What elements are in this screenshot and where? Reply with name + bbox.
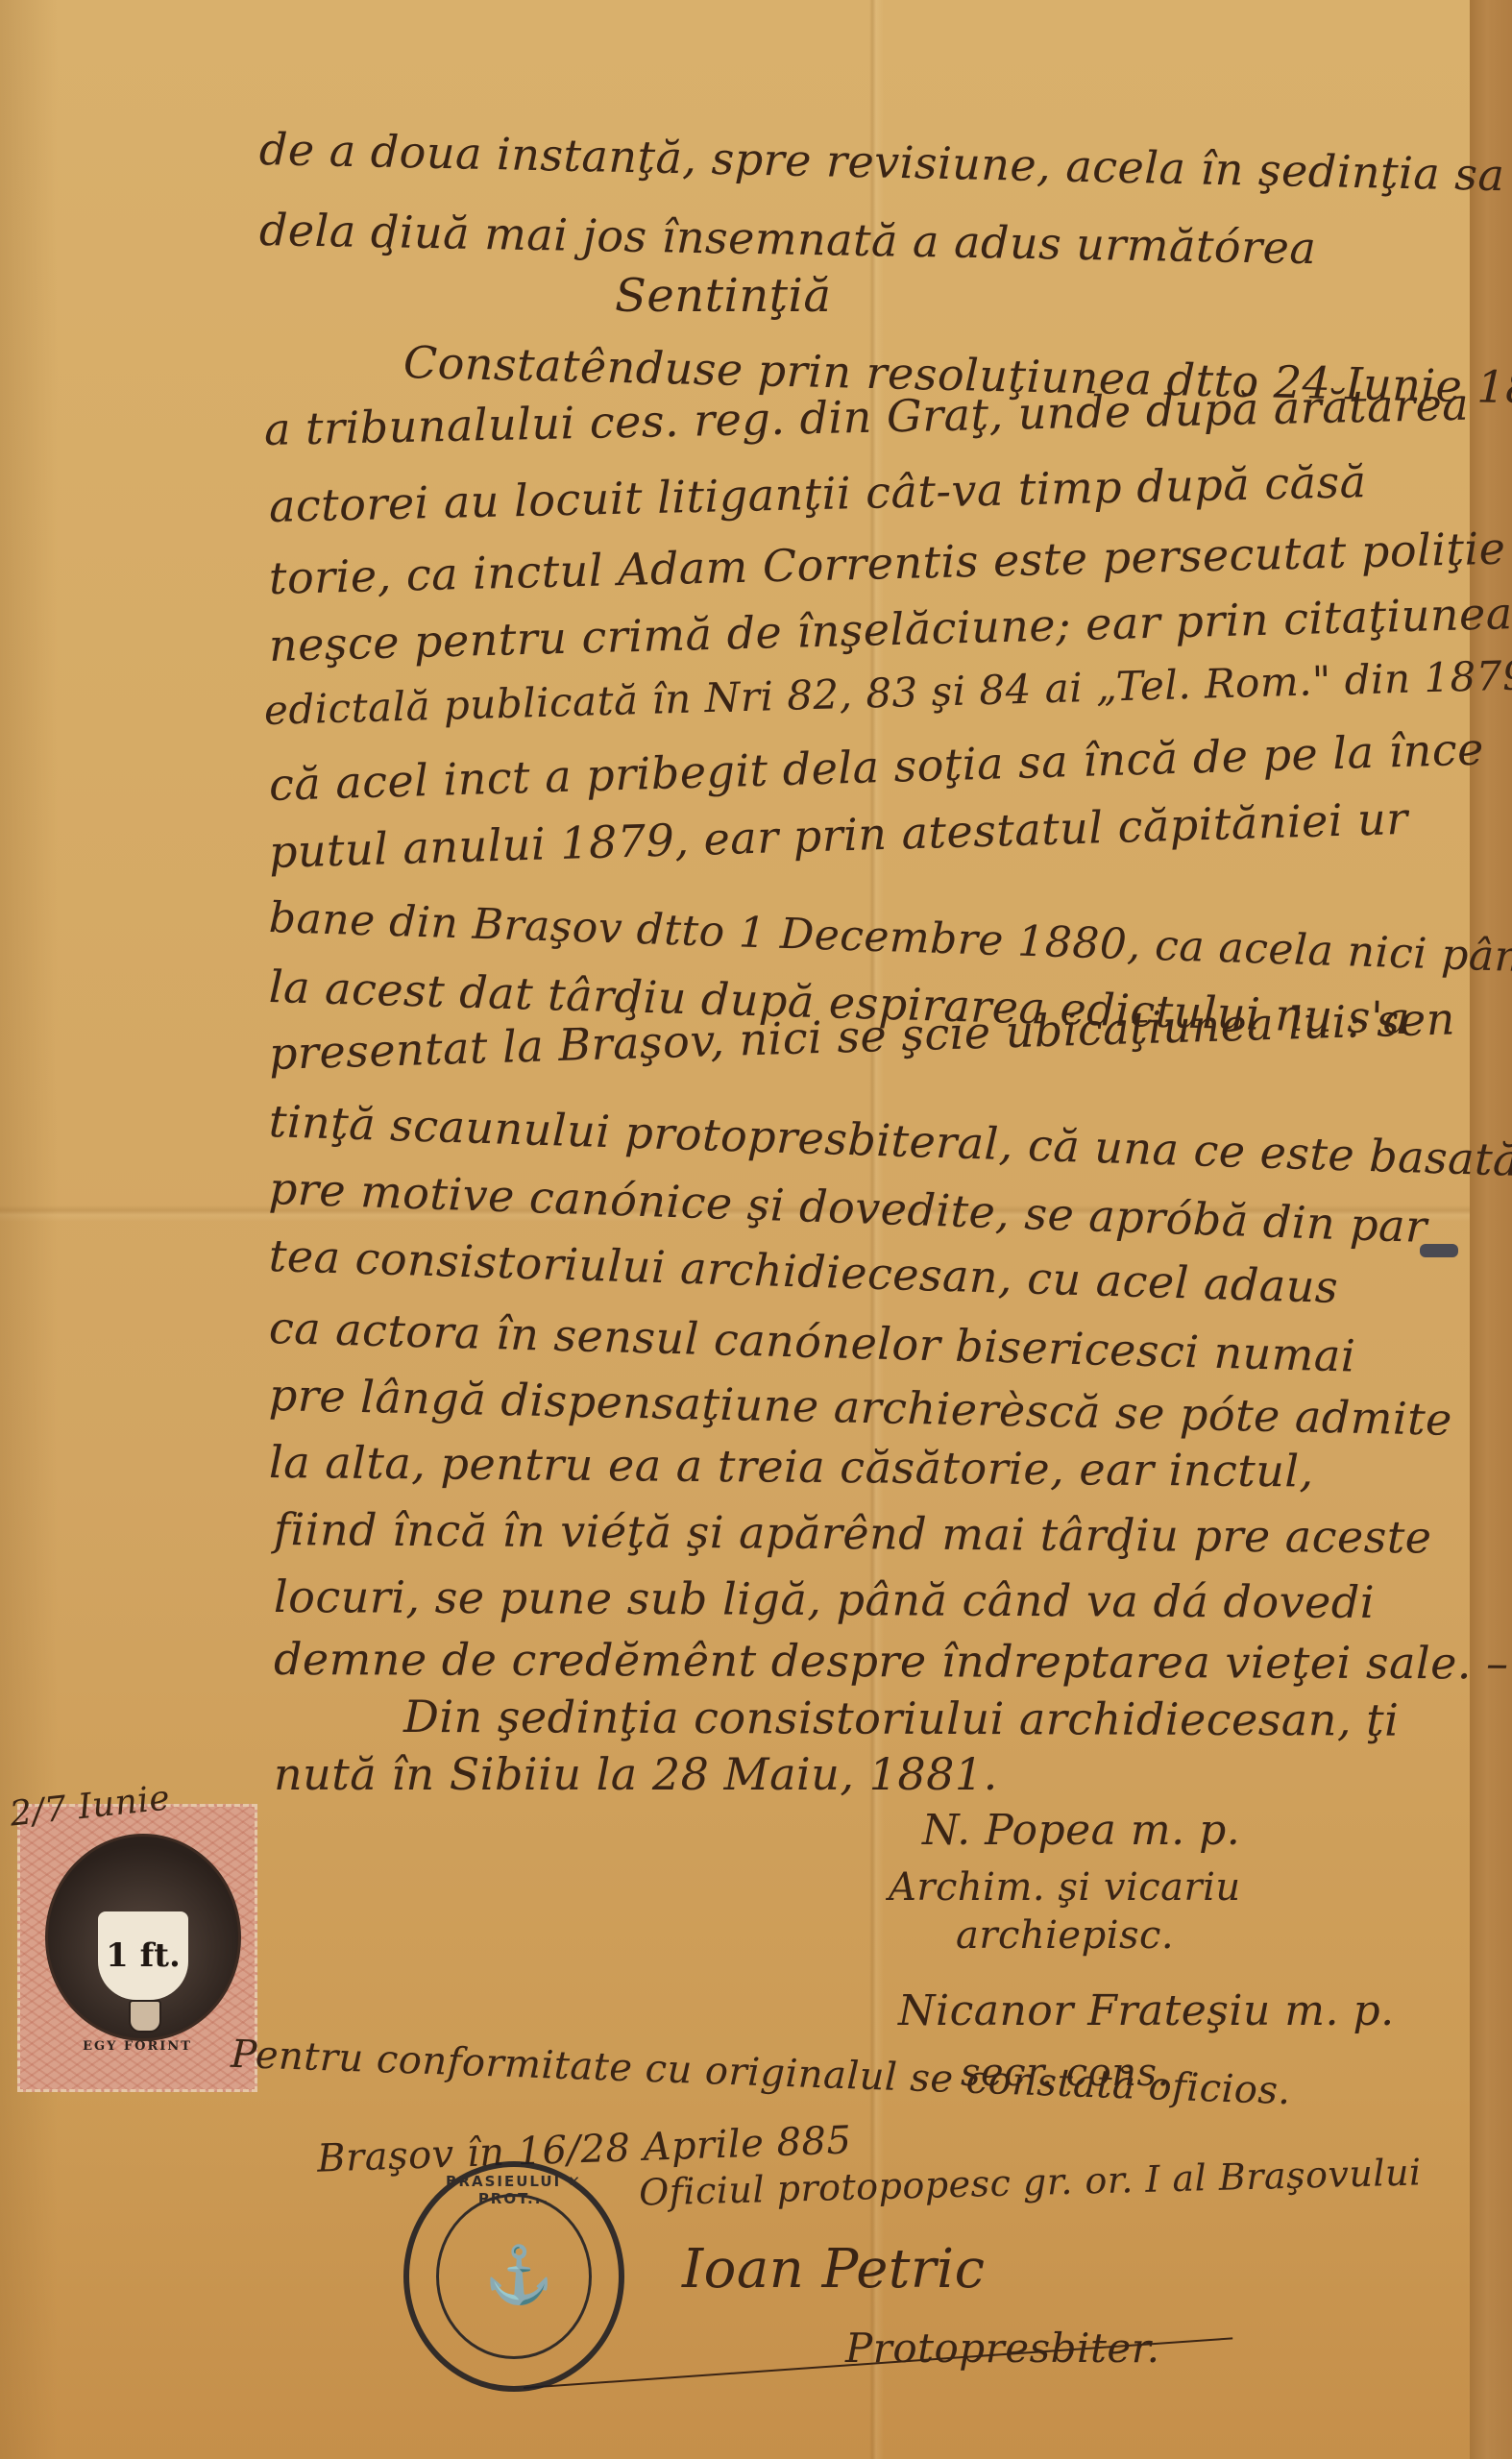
signature-fratesiu: Nicanor Frateşiu m. p. bbox=[898, 1986, 1395, 2035]
sentence-heading: Sentinţiă bbox=[615, 269, 832, 323]
body-line-22: locuri, se pune sub ligă, până când va d… bbox=[274, 1570, 1375, 1628]
stamp-caption: EGY FORINT bbox=[20, 2039, 255, 2054]
signature-popea: N. Popea m. p. bbox=[922, 1806, 1240, 1855]
stamp-oval: 1 ft. bbox=[45, 1834, 241, 2041]
certification-signer: Ioan Petric bbox=[682, 2238, 985, 2301]
signature-popea-title-2: archiepisc. bbox=[956, 1913, 1174, 1958]
certification-signer-title: Protopresbiter. bbox=[845, 2325, 1160, 2372]
crown-icon bbox=[129, 2000, 161, 2033]
stamp-value: 1 ft. bbox=[106, 1936, 181, 1975]
body-line-20: la alta, pentru ea a treia căsătorie, ea… bbox=[269, 1436, 1314, 1497]
stamp-value-panel: 1 ft. bbox=[98, 1911, 188, 2000]
signature-popea-title: Archim. şi vicariu bbox=[889, 1865, 1241, 1910]
paper-tear bbox=[1420, 1244, 1458, 1257]
body-line-21: fiind încă în viéţă şi apărênd mai târḑi… bbox=[274, 1503, 1432, 1563]
revenue-stamp: 1 ft. EGY FORINT bbox=[17, 1804, 257, 2092]
official-seal: BRASIEULUI ✕ PROT... ⚓ bbox=[403, 2161, 624, 2392]
body-line-23: demne de credĕmênt despre îndreptarea vi… bbox=[274, 1633, 1509, 1689]
body-line-25: nută în Sibiiu la 28 Maiu, 1881. bbox=[274, 1748, 998, 1800]
body-line-24: Din şedinţia consistoriului archidiecesa… bbox=[403, 1691, 1400, 1746]
anchor-crown-emblem-icon: ⚓ bbox=[484, 2227, 544, 2323]
